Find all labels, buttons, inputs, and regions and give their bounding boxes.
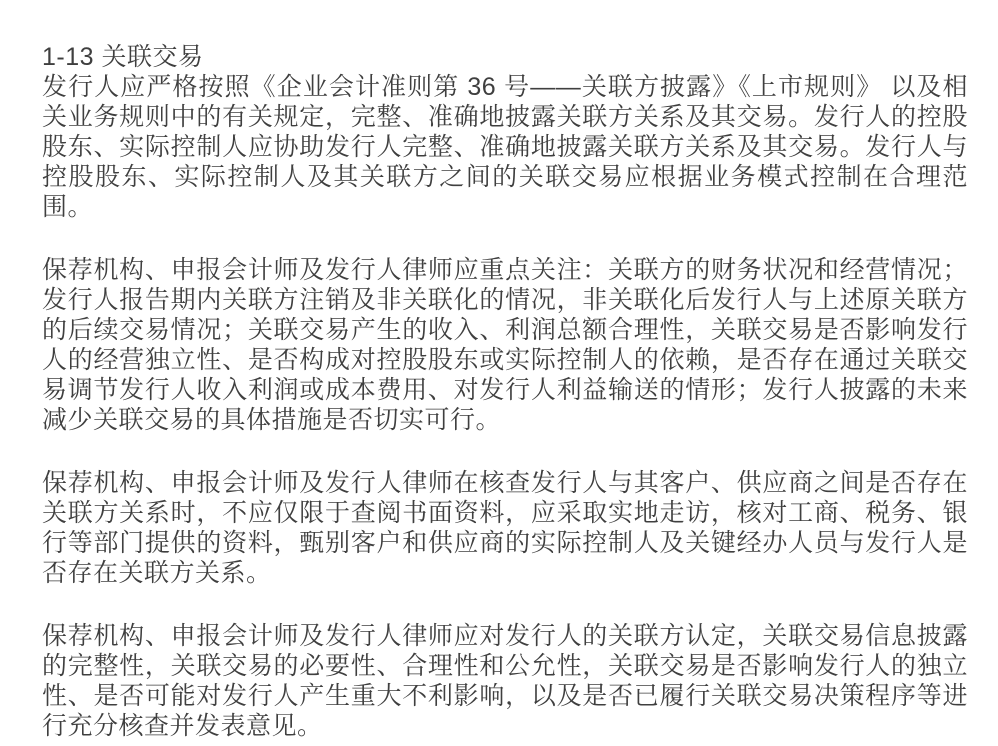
paragraph-verification-methods: 保荐机构、申报会计师及发行人律师在核查发行人与其客户、供应商之间是否存在关联方关… [42, 468, 968, 588]
paragraph-opinion-requirement: 保荐机构、申报会计师及发行人律师应对发行人的关联方认定，关联交易信息披露的完整性… [42, 621, 968, 741]
document-title: 1-13 关联交易 [42, 42, 968, 72]
paragraph-key-focus-points: 保荐机构、申报会计师及发行人律师应重点关注：关联方的财务状况和经营情况；发行人报… [42, 255, 968, 435]
document-page: 1-13 关联交易 发行人应严格按照《企业会计准则第 36 号——关联方披露》《… [0, 0, 998, 746]
paragraph-disclosure-requirement: 发行人应严格按照《企业会计准则第 36 号——关联方披露》《上市规则》 以及相关… [42, 72, 968, 222]
